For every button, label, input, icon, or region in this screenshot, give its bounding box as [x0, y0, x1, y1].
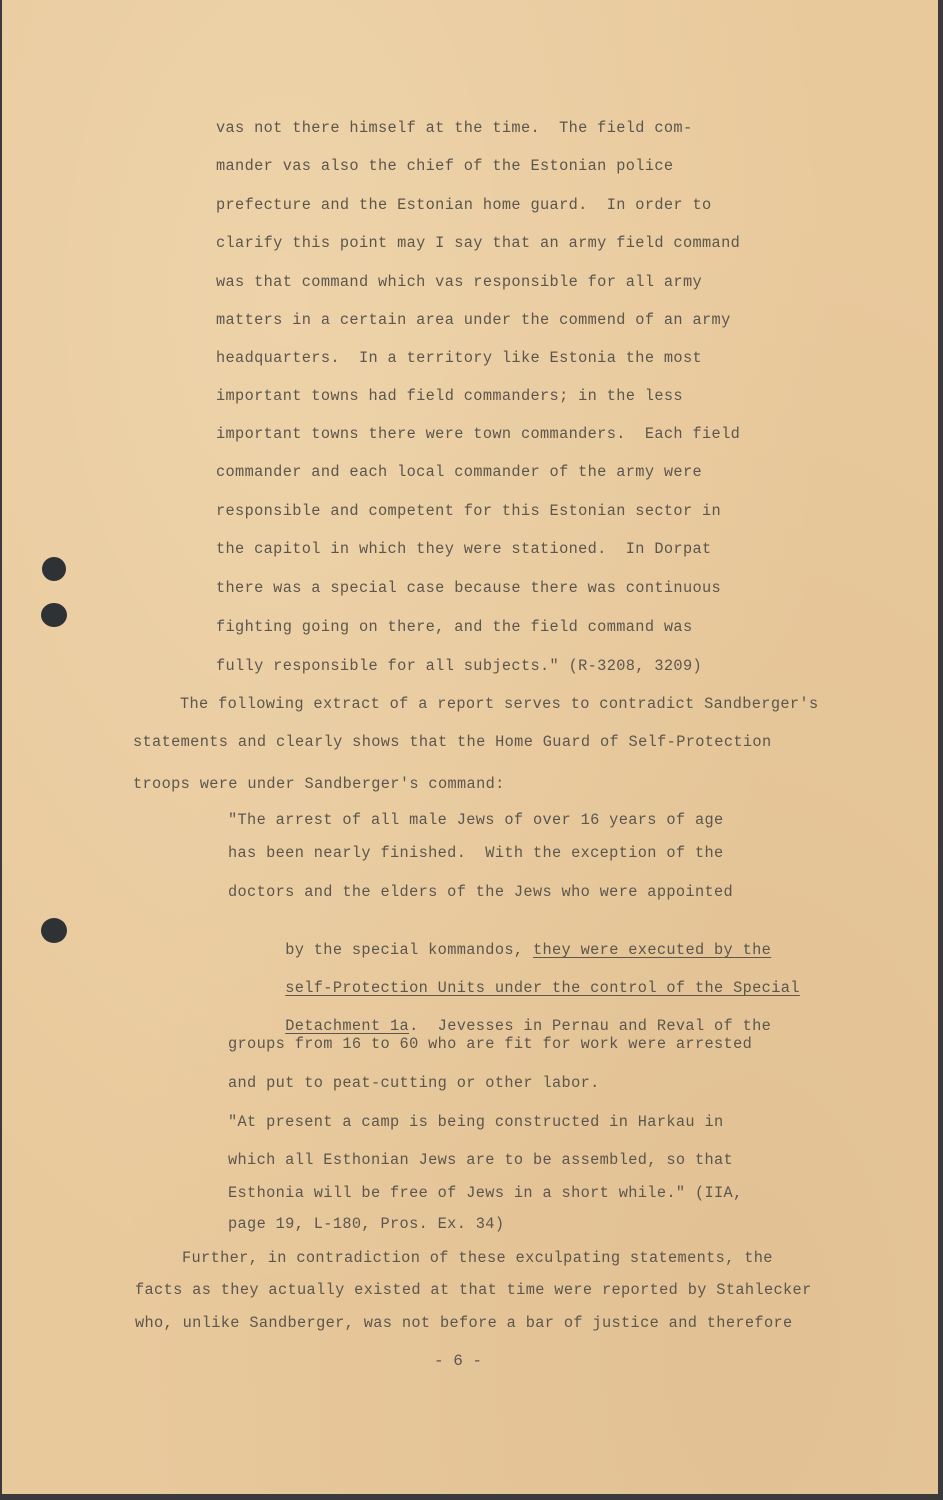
text-line: Further, in contradiction of these excul… [182, 1248, 773, 1268]
punch-hole-bottom [41, 918, 67, 943]
text-line: headquarters. In a territory like Estoni… [216, 348, 702, 368]
text-span: by the special kommandos, [285, 941, 533, 959]
text-line: facts as they actually existed at that t… [135, 1280, 812, 1300]
page-number: - 6 - [434, 1352, 482, 1370]
text-line: important towns there were town commande… [216, 424, 740, 444]
text-line: page 19, L-180, Pros. Ex. 34) [228, 1214, 504, 1234]
text-line: matters in a certain area under the comm… [216, 310, 731, 330]
text-line: "At present a camp is being constructed … [228, 1112, 724, 1132]
text-line: was that command which vas responsible f… [216, 272, 702, 292]
text-line: fighting going on there, and the field c… [216, 617, 692, 637]
text-line: commander and each local commander of th… [216, 462, 702, 482]
text-line: which all Esthonian Jews are to be assem… [228, 1150, 733, 1170]
text-line: who, unlike Sandberger, was not before a… [135, 1313, 793, 1333]
underlined-text: Detachment 1a [285, 1017, 409, 1035]
text-line: The following extract of a report serves… [180, 694, 818, 714]
text-line: responsible and competent for this Eston… [216, 501, 721, 521]
text-line: troops were under Sandberger's command: [133, 774, 505, 794]
text-line: clarify this point may I say that an arm… [216, 233, 740, 253]
underlined-text: they were executed by the [533, 941, 771, 959]
text-line: prefecture and the Estonian home guard. … [216, 195, 712, 215]
text-line: the capitol in which they were stationed… [216, 539, 712, 559]
punch-hole-middle [41, 603, 67, 627]
text-span: . Jevesses in Pernau and Reval of the [409, 1017, 771, 1035]
punch-hole-top [42, 557, 66, 581]
text-line: and put to peat-cutting or other labor. [228, 1073, 600, 1093]
text-line: "The arrest of all male Jews of over 16 … [228, 810, 724, 830]
text-line: Esthonia will be free of Jews in a short… [228, 1183, 743, 1203]
document-page: vas not there himself at the time. The f… [2, 0, 938, 1494]
text-line: has been nearly finished. With the excep… [228, 843, 724, 863]
text-line: fully responsible for all subjects." (R-… [216, 656, 702, 676]
text-line: vas not there himself at the time. The f… [216, 118, 692, 138]
text-line: important towns had field commanders; in… [216, 386, 683, 406]
text-line: groups from 16 to 60 who are fit for wor… [228, 1034, 752, 1054]
underlined-text: self-Protection Units under the control … [285, 979, 800, 997]
text-line: mander vas also the chief of the Estonia… [216, 156, 673, 176]
text-line: there was a special case because there w… [216, 578, 721, 598]
text-line: statements and clearly shows that the Ho… [133, 732, 771, 752]
text-line: doctors and the elders of the Jews who w… [228, 882, 733, 902]
